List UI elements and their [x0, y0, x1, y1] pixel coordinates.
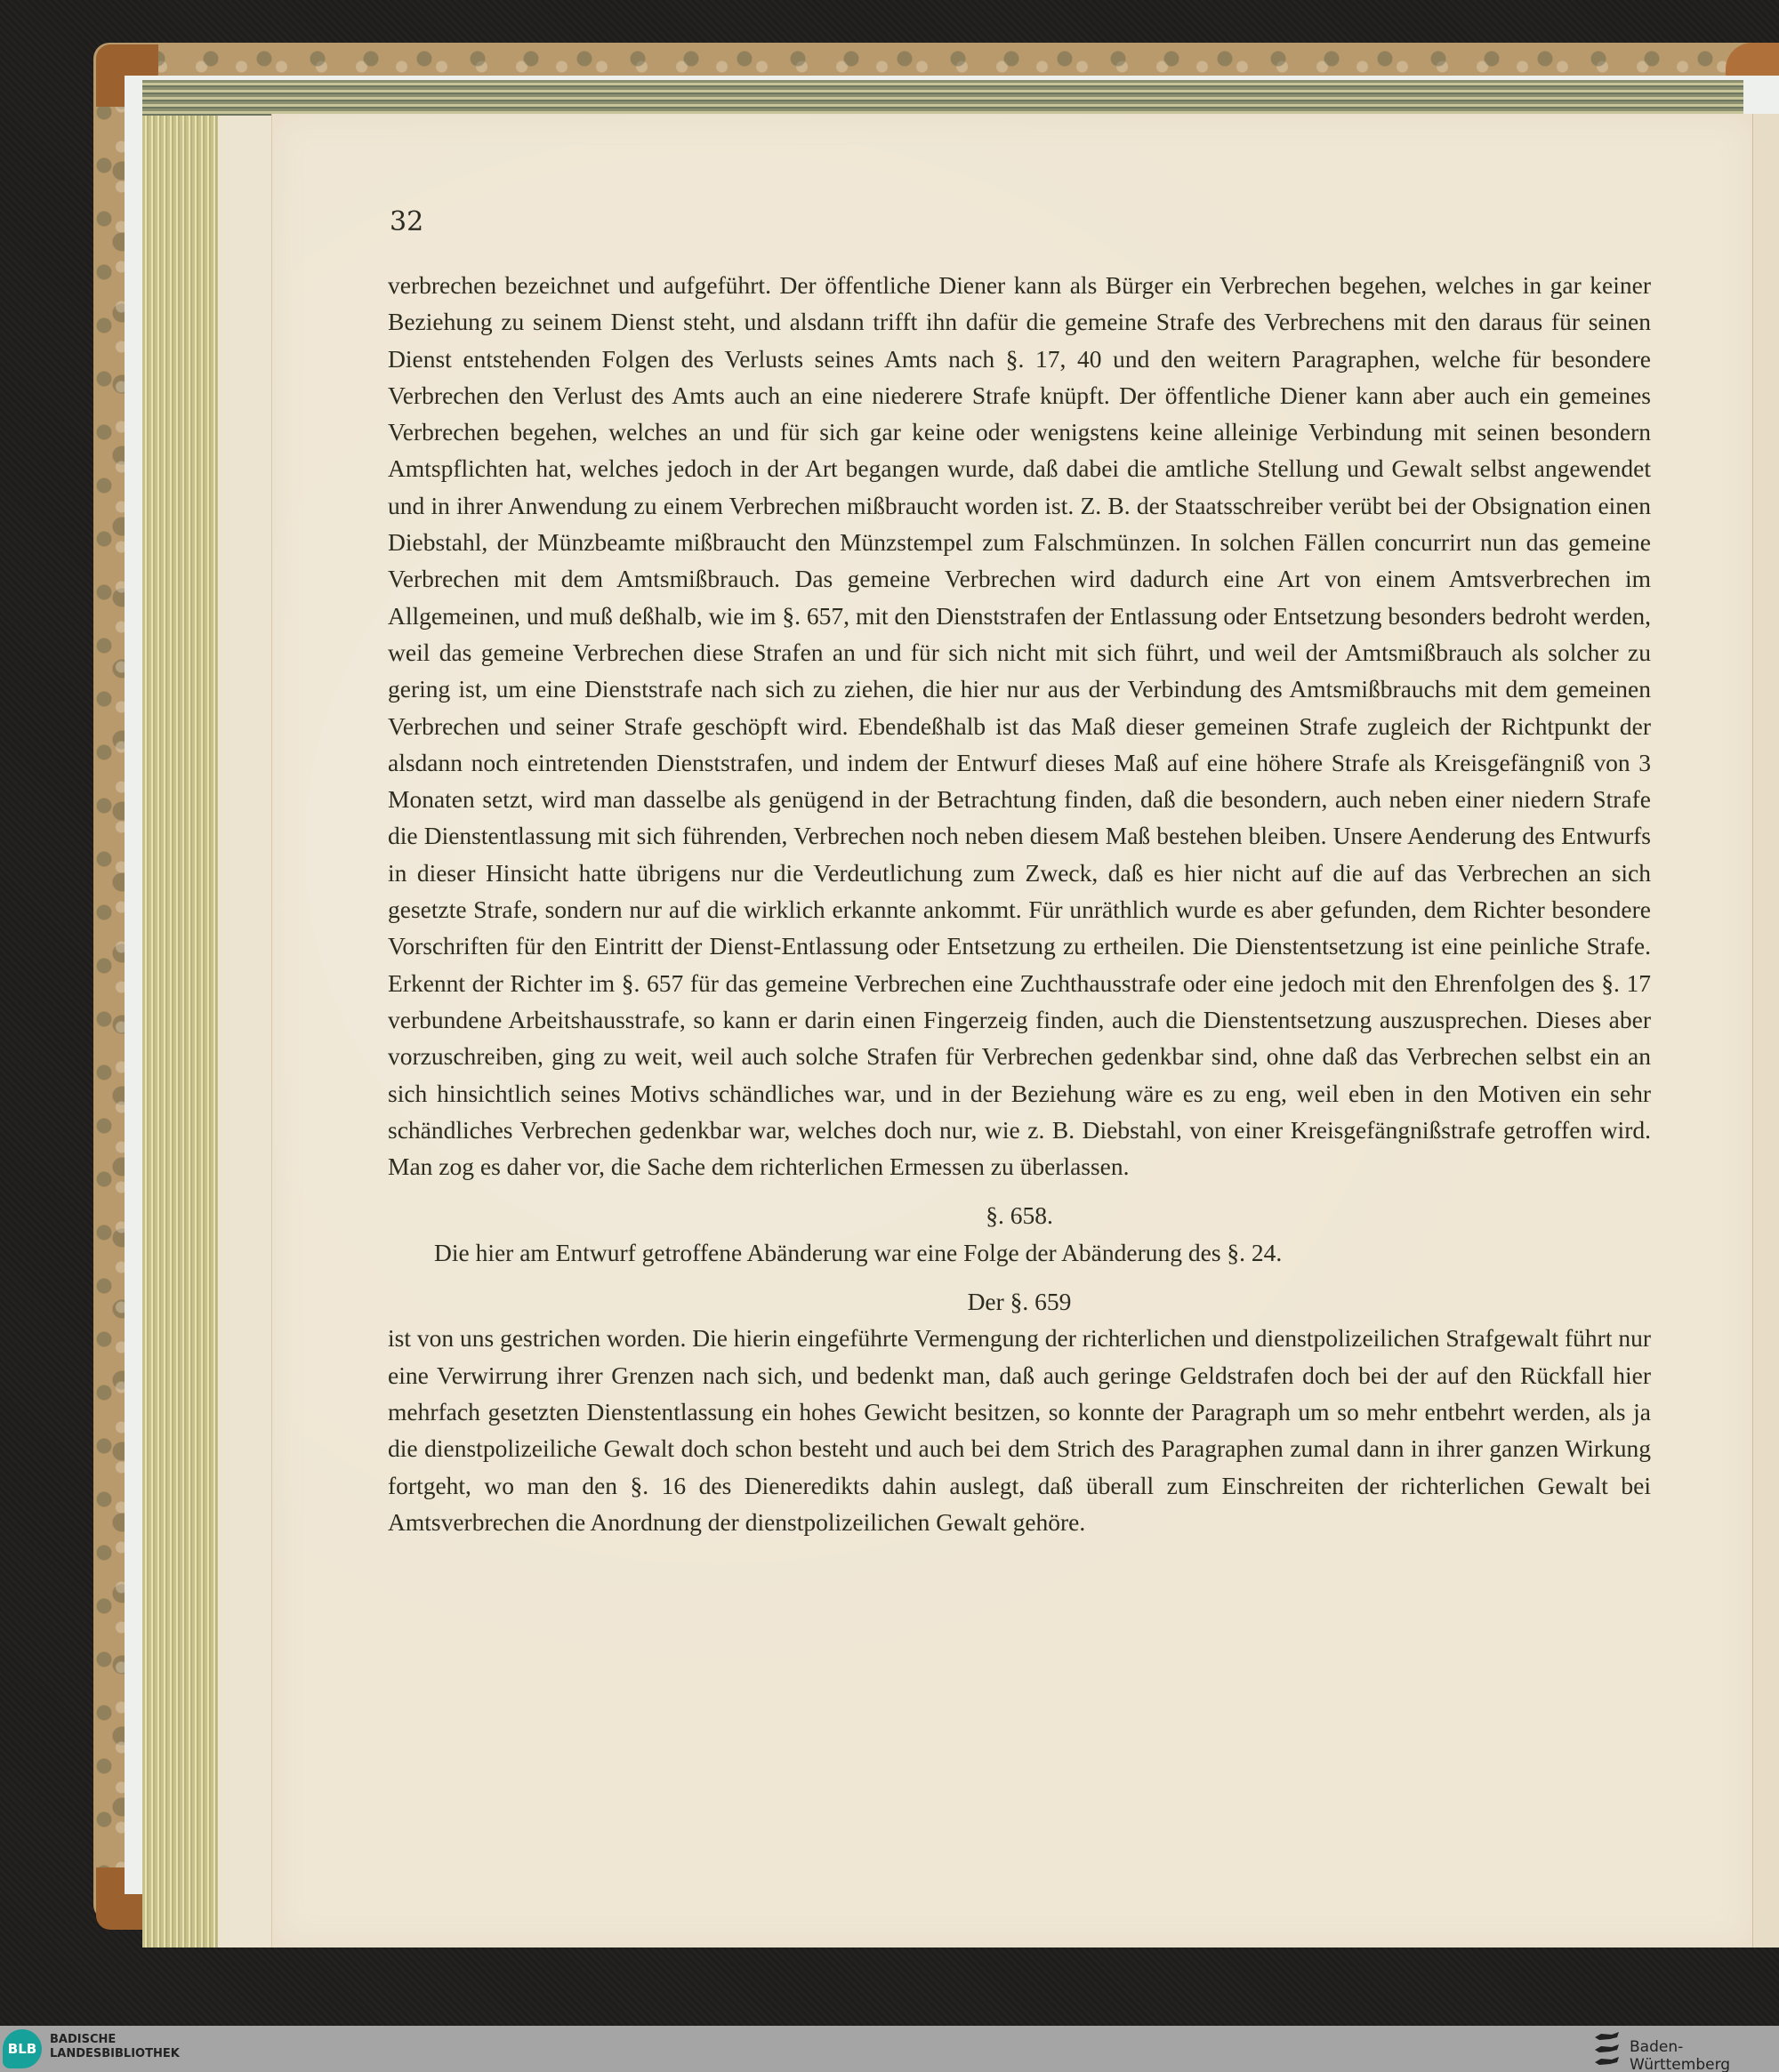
viewer-footer-bar: BLB BADISCHE LANDESBIBLIOTHEK Baden-Würt…: [0, 2026, 1779, 2072]
page-number: 32: [390, 206, 423, 237]
section-heading-659: Der §. 659: [388, 1283, 1651, 1320]
state-name[interactable]: Baden-Württemberg: [1630, 2038, 1779, 2072]
library-name[interactable]: BADISCHE LANDESBIBLIOTHEK: [50, 2033, 180, 2061]
section-658-text: Die hier am Entwurf getroffene Abänderun…: [388, 1234, 1651, 1271]
page-text-block: verbrechen bezeichnet und aufgeführt. De…: [388, 267, 1651, 1540]
facing-page-edge: [1752, 114, 1779, 1948]
baden-wuerttemberg-lions-icon: [1592, 2029, 1622, 2068]
page-edges-top: [142, 80, 1743, 116]
section-659-text: ist von uns gestrichen worden. Die hieri…: [388, 1320, 1651, 1540]
library-name-line1: BADISCHE: [50, 2033, 180, 2047]
blb-logo[interactable]: BLB: [3, 2029, 42, 2068]
section-heading-658: §. 658.: [388, 1197, 1651, 1233]
library-name-line2: LANDESBIBLIOTHEK: [50, 2047, 180, 2061]
body-paragraph: verbrechen bezeichnet und aufgeführt. De…: [388, 267, 1651, 1185]
